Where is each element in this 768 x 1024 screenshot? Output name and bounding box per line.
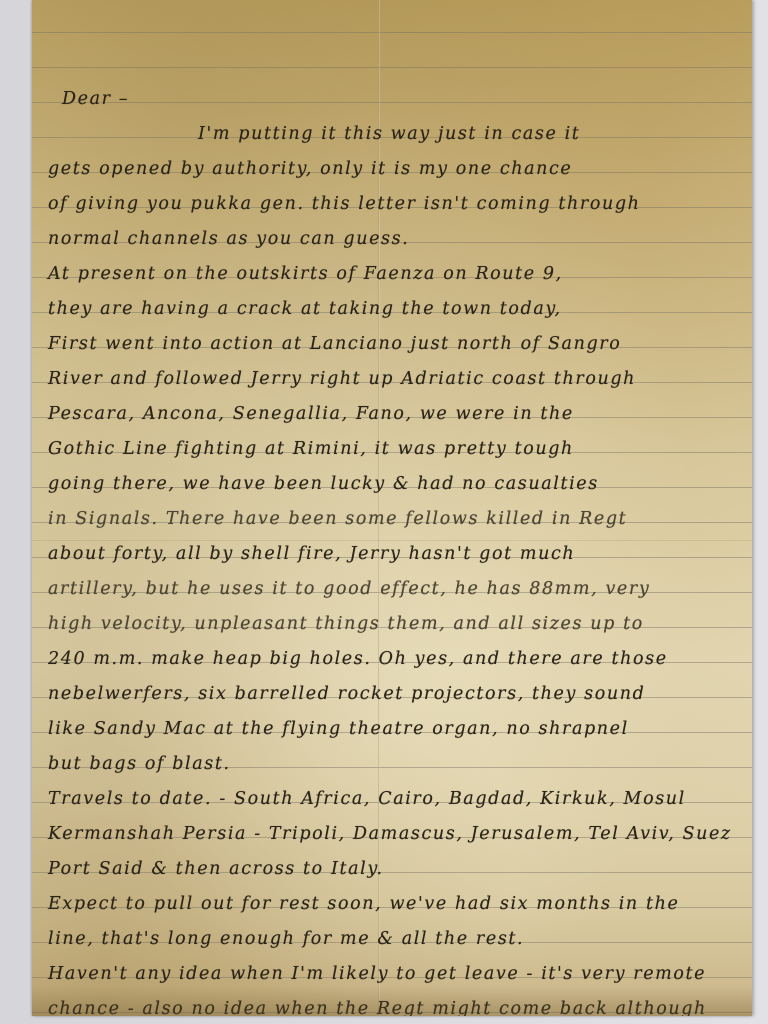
letter-line: line, that's long enough for me & all th… bbox=[48, 922, 748, 957]
letter-line: about forty, all by shell fire, Jerry ha… bbox=[48, 537, 748, 572]
letter-line: in Signals. There have been some fellows… bbox=[48, 502, 748, 537]
letter-line: gets opened by authority, only it is my … bbox=[48, 152, 748, 187]
paper-bottom-shadow bbox=[32, 986, 752, 1016]
letter-line: high velocity, unpleasant things them, a… bbox=[48, 607, 748, 642]
letter-line: First went into action at Lanciano just … bbox=[48, 327, 748, 362]
letter-line: Expect to pull out for rest soon, we've … bbox=[48, 887, 748, 922]
letter-line: I'm putting it this way just in case it bbox=[48, 117, 748, 152]
salutation: Dear – bbox=[48, 82, 748, 117]
letter-line: Pescara, Ancona, Senegallia, Fano, we we… bbox=[48, 397, 748, 432]
letter-line: normal channels as you can guess. bbox=[48, 222, 748, 257]
letter-line: but bags of blast. bbox=[48, 747, 748, 782]
letter-line: River and followed Jerry right up Adriat… bbox=[48, 362, 748, 397]
letter-line: 240 m.m. make heap big holes. Oh yes, an… bbox=[48, 642, 748, 677]
letter-line: At present on the outskirts of Faenza on… bbox=[48, 257, 748, 292]
letter-line: Port Said & then across to Italy. bbox=[48, 852, 748, 887]
letter-line: like Sandy Mac at the flying theatre org… bbox=[48, 712, 748, 747]
letter-line: Kermanshah Persia - Tripoli, Damascus, J… bbox=[48, 817, 748, 852]
letter-line: Gothic Line fighting at Rimini, it was p… bbox=[48, 432, 748, 467]
letter-line: artillery, but he uses it to good effect… bbox=[48, 572, 748, 607]
letter-body: Dear – I'm putting it this way just in c… bbox=[48, 82, 748, 1016]
letter-line: they are having a crack at taking the to… bbox=[48, 292, 748, 327]
letter-line: going there, we have been lucky & had no… bbox=[48, 467, 748, 502]
letter-line: nebelwerfers, six barrelled rocket proje… bbox=[48, 677, 748, 712]
letter-line: Travels to date. - South Africa, Cairo, … bbox=[48, 782, 748, 817]
letter-line: of giving you pukka gen. this letter isn… bbox=[48, 187, 748, 222]
letter-page: Dear – I'm putting it this way just in c… bbox=[32, 0, 752, 1016]
